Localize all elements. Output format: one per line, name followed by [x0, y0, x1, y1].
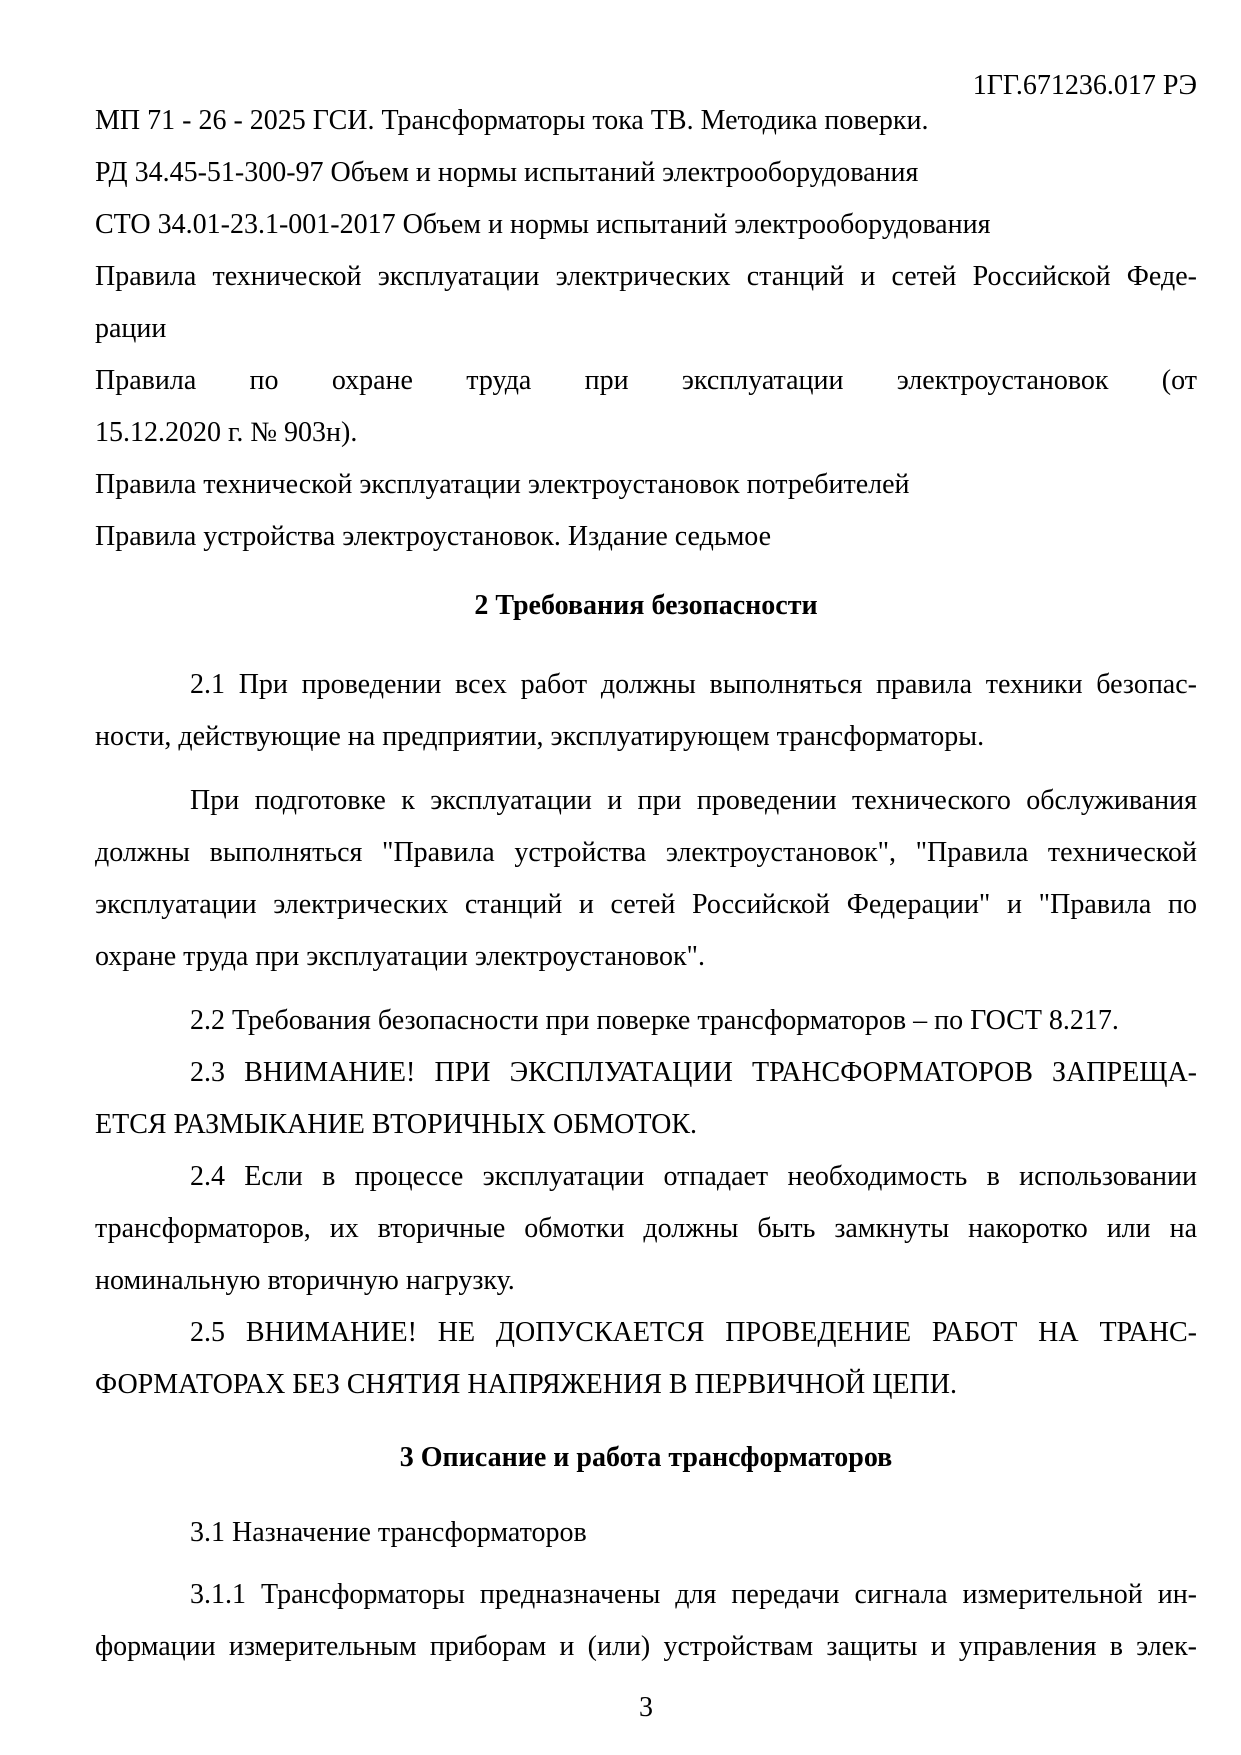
- paragraph-2-5: 2.5 ВНИМАНИЕ! НЕ ДОПУСКАЕТСЯ ПРОВЕДЕНИЕ …: [95, 1307, 1197, 1411]
- paragraph-line: 2.4 Если в процессе эксплуатации отпадае…: [95, 1151, 1197, 1203]
- paragraph-2-1: 2.1 При проведении всех работ должны вып…: [95, 659, 1197, 763]
- paragraph-2-3: 2.3 ВНИМАНИЕ! ПРИ ЭКСПЛУАТАЦИИ ТРАНСФОРМ…: [95, 1047, 1197, 1151]
- paragraph-3-1-1: 3.1.1 Трансформаторы предназначены для п…: [95, 1569, 1197, 1673]
- paragraph-line: формации измерительным приборам и (или) …: [95, 1621, 1197, 1673]
- paragraph-line: трансформаторов, их вторичные обмотки до…: [95, 1203, 1197, 1255]
- reference-line: РД 34.45-51-300-97 Объем и нормы испытан…: [95, 147, 1197, 199]
- paragraph-line: 2.1 При проведении всех работ должны вып…: [95, 659, 1197, 711]
- reference-line: 15.12.2020 г. № 903н).: [95, 407, 1197, 459]
- reference-line: Правила технической эксплуатации электри…: [95, 251, 1197, 303]
- paragraph-line: эксплуатации электрических станций и сет…: [95, 879, 1197, 931]
- paragraph-line: 2.3 ВНИМАНИЕ! ПРИ ЭКСПЛУАТАЦИИ ТРАНСФОРМ…: [95, 1047, 1197, 1099]
- paragraph-line: ФОРМАТОРАХ БЕЗ СНЯТИЯ НАПРЯЖЕНИЯ В ПЕРВИ…: [95, 1359, 1197, 1411]
- paragraph-2-4: 2.4 Если в процессе эксплуатации отпадае…: [95, 1151, 1197, 1307]
- paragraph-preparation: При подготовке к эксплуатации и при пров…: [95, 775, 1197, 983]
- page-number: 3: [95, 1688, 1197, 1728]
- paragraph-line: ЕТСЯ РАЗМЫКАНИЕ ВТОРИЧНЫХ ОБМОТОК.: [95, 1099, 1197, 1151]
- paragraph-3-1: 3.1 Назначение трансформаторов: [95, 1507, 1197, 1559]
- reference-line: Правила технической эксплуатации электро…: [95, 459, 1197, 511]
- reference-line: Правила по охране труда при эксплуатации…: [95, 355, 1197, 407]
- paragraph-line: 3.1.1 Трансформаторы предназначены для п…: [95, 1569, 1197, 1621]
- section-3-heading: 3 Описание и работа трансформаторов: [95, 1432, 1197, 1484]
- paragraph-line: При подготовке к эксплуатации и при пров…: [95, 775, 1197, 827]
- paragraph-line: ности, действующие на предприятии, экспл…: [95, 711, 1197, 763]
- normative-references-list: МП 71 - 26 - 2025 ГСИ. Трансформаторы то…: [95, 95, 1197, 563]
- paragraph-line: должны выполняться "Правила устройства э…: [95, 827, 1197, 879]
- document-body: МП 71 - 26 - 2025 ГСИ. Трансформаторы то…: [95, 95, 1197, 1673]
- paragraph-line: 3.1 Назначение трансформаторов: [95, 1507, 1197, 1559]
- reference-line: рации: [95, 303, 1197, 355]
- reference-line: Правила устройства электроустановок. Изд…: [95, 511, 1197, 563]
- paragraph-line: номинальную вторичную нагрузку.: [95, 1255, 1197, 1307]
- paragraph-2-2: 2.2 Требования безопасности при поверке …: [95, 995, 1197, 1047]
- document-page: 1ГГ.671236.017 РЭ МП 71 - 26 - 2025 ГСИ.…: [0, 0, 1241, 1755]
- paragraph-line: охране труда при эксплуатации электроуст…: [95, 931, 1197, 983]
- paragraph-line: 2.5 ВНИМАНИЕ! НЕ ДОПУСКАЕТСЯ ПРОВЕДЕНИЕ …: [95, 1307, 1197, 1359]
- paragraph-line: 2.2 Требования безопасности при поверке …: [95, 995, 1197, 1047]
- reference-line: МП 71 - 26 - 2025 ГСИ. Трансформаторы то…: [95, 95, 1197, 147]
- reference-line: СТО 34.01-23.1-001-2017 Объем и нормы ис…: [95, 199, 1197, 251]
- section-2-heading: 2 Требования безопасности: [95, 580, 1197, 632]
